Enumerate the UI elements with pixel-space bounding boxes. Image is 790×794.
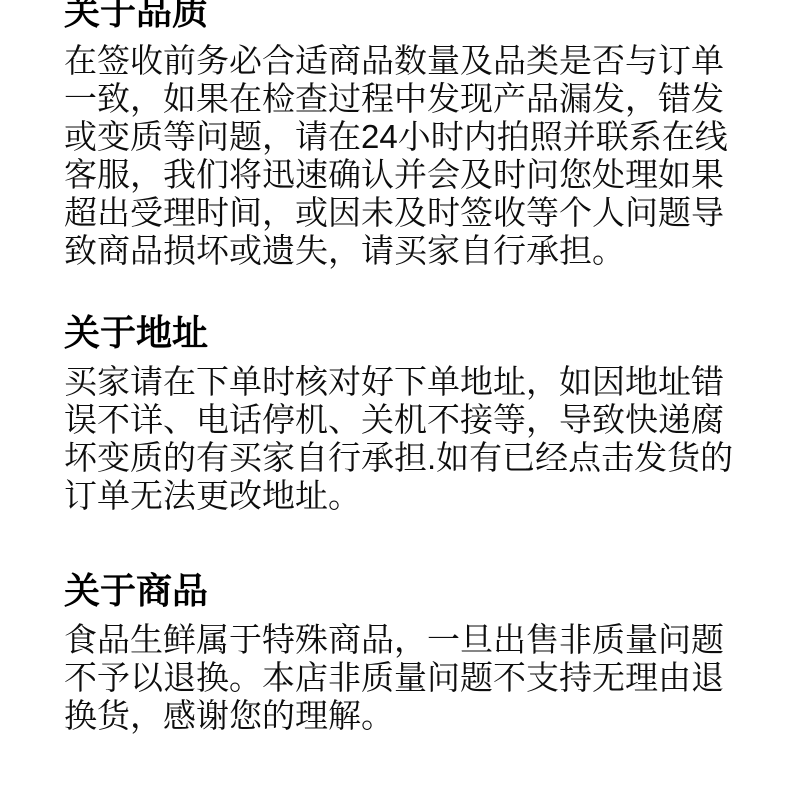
address-paragraph: 买家请在下单时核对好下单地址，如因地址错误不详、电话停机、关机不接等，导致快递腐…: [64, 363, 726, 515]
section-address: 关于地址 买家请在下单时核对好下单地址，如因地址错误不详、电话停机、关机不接等，…: [64, 315, 726, 515]
text-line: 食品生鲜属于特殊商品，一旦出售非质量问题: [64, 621, 726, 659]
address-heading: 关于地址: [64, 315, 726, 351]
text-line: 在签收前务必合适商品数量及品类是否与订单: [64, 42, 726, 80]
text-line: 客服，我们将迅速确认并会及时问您处理如果: [64, 156, 726, 194]
text-line: 一致，如果在检查过程中发现产品漏发，错发: [64, 80, 726, 118]
product-paragraph: 食品生鲜属于特殊商品，一旦出售非质量问题不予以退换。本店非质量问题不支持无理由退…: [64, 621, 726, 735]
section-quality: 关于品质 在签收前务必合适商品数量及品类是否与订单一致，如果在检查过程中发现产品…: [64, 0, 726, 270]
text-line: 换货，感谢您的理解。: [64, 697, 726, 735]
product-notice-page: 关于品质 在签收前务必合适商品数量及品类是否与订单一致，如果在检查过程中发现产品…: [0, 0, 790, 788]
section-product: 关于商品 食品生鲜属于特殊商品，一旦出售非质量问题不予以退换。本店非质量问题不支…: [64, 573, 726, 735]
quality-heading: 关于品质: [64, 0, 726, 30]
text-line: 坏变质的有买家自行承担.如有已经点击发货的: [64, 439, 726, 477]
text-line: 不予以退换。本店非质量问题不支持无理由退: [64, 659, 726, 697]
text-line: 致商品损坏或遗失，请买家自行承担。: [64, 232, 726, 270]
product-heading: 关于商品: [64, 573, 726, 609]
text-line: 或变质等问题，请在24小时内拍照并联系在线: [64, 118, 726, 156]
quality-paragraph: 在签收前务必合适商品数量及品类是否与订单一致，如果在检查过程中发现产品漏发，错发…: [64, 42, 726, 270]
text-line: 误不详、电话停机、关机不接等，导致快递腐: [64, 401, 726, 439]
text-line: 超出受理时间，或因未及时签收等个人问题导: [64, 194, 726, 232]
text-line: 买家请在下单时核对好下单地址，如因地址错: [64, 363, 726, 401]
text-line: 订单无法更改地址。: [64, 477, 726, 515]
